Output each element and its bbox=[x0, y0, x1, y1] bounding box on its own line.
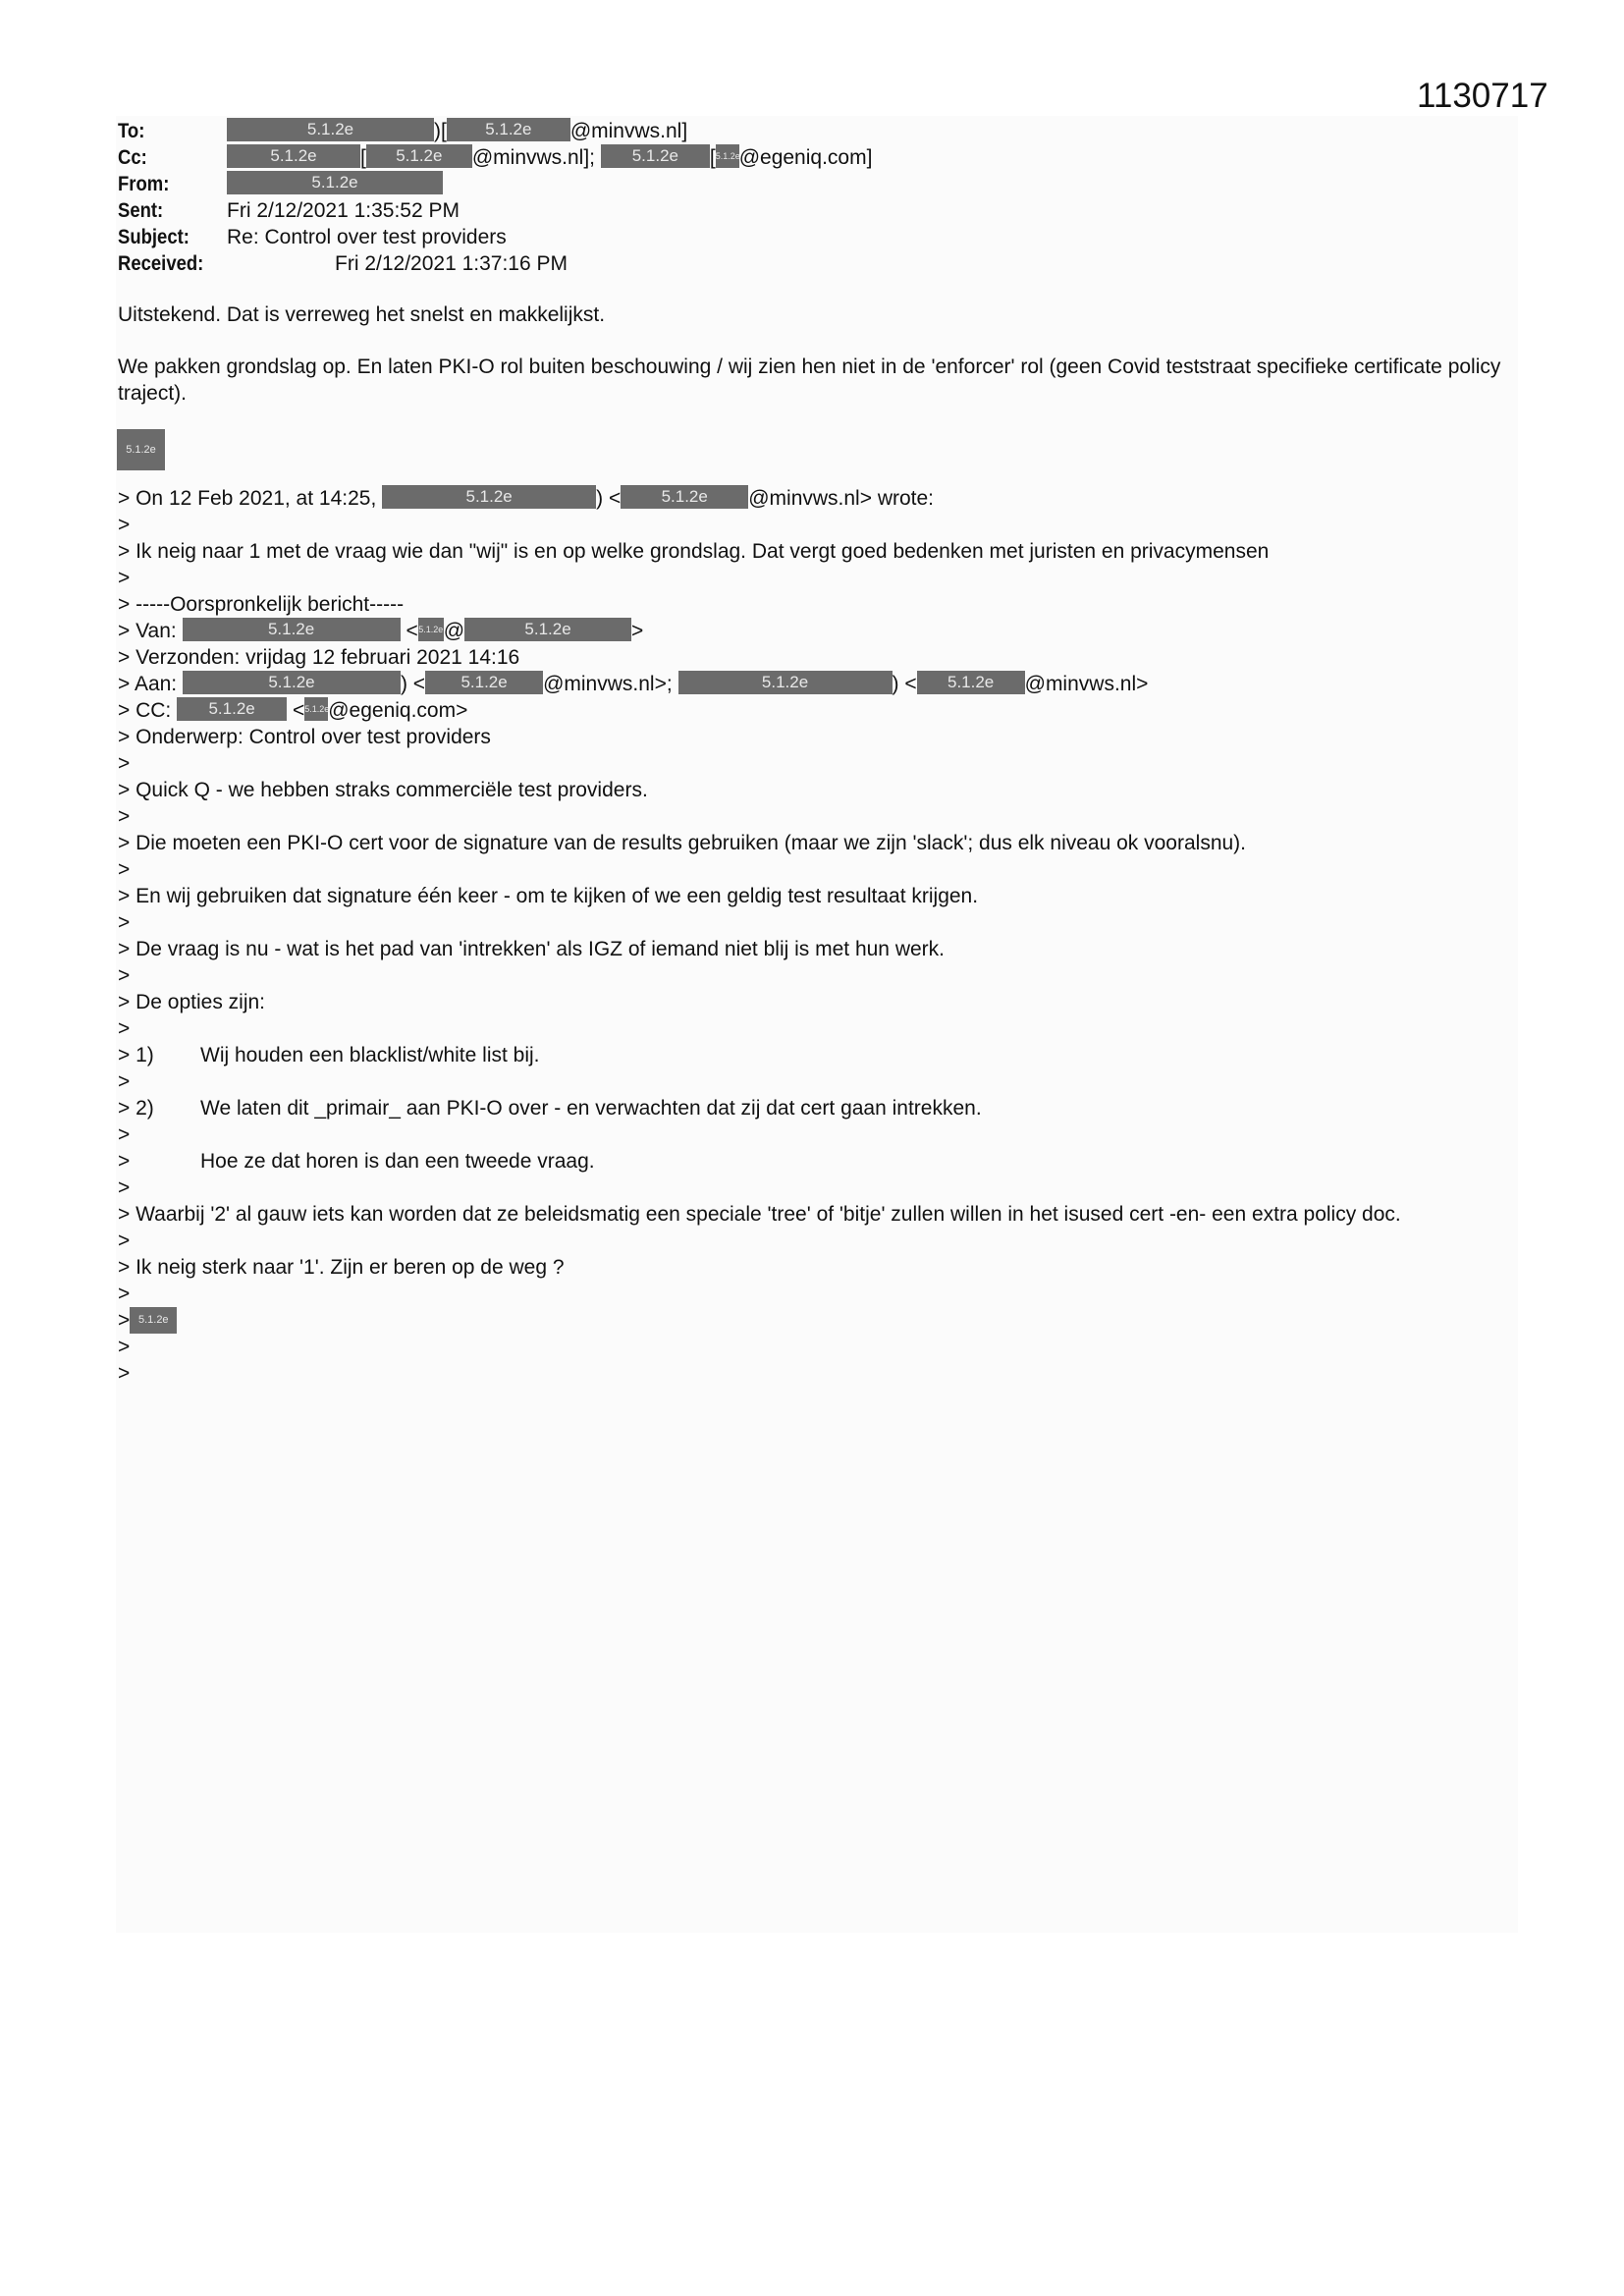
cc-domain-2: @egeniq.com] bbox=[739, 146, 873, 169]
subject-label: Subject: bbox=[118, 224, 214, 250]
orig-van: > Van: 5.1.2e <5.1.2e@5.1.2e> bbox=[118, 618, 1512, 644]
quote-line: > Ik neig sterk naar '1'. Zijn er beren … bbox=[118, 1254, 1512, 1281]
redaction: 5.1.2e bbox=[227, 171, 443, 194]
redaction: 5.1.2e bbox=[418, 618, 444, 641]
cc-domain-1: @minvws.nl]; bbox=[472, 146, 595, 169]
quote-line: > En wij gebruiken dat signature één kee… bbox=[118, 883, 1512, 909]
redaction: 5.1.2e bbox=[621, 485, 748, 509]
option-2-followup: >Hoe ze dat horen is dan een tweede vraa… bbox=[118, 1148, 1512, 1175]
redaction: 5.1.2e bbox=[130, 1307, 177, 1334]
body-paragraph-1: Uitstekend. Dat is verreweg het snelst e… bbox=[118, 301, 1512, 328]
redaction: 5.1.2e bbox=[177, 697, 287, 721]
from-label: From: bbox=[118, 171, 214, 197]
original-message-divider: > -----Oorspronkelijk bericht----- bbox=[118, 591, 1512, 618]
received-label: Received: bbox=[118, 250, 214, 277]
email-header: To: 5.1.2e)[5.1.2e@minvws.nl] Cc: 5.1.2e… bbox=[118, 118, 872, 277]
quote-line: > Quick Q - we hebben straks commerciële… bbox=[118, 777, 1512, 803]
orig-onderwerp: > Onderwerp: Control over test providers bbox=[118, 724, 1512, 750]
sent-value: Fri 2/12/2021 1:35:52 PM bbox=[227, 197, 460, 224]
redaction: 5.1.2e bbox=[366, 144, 472, 168]
quote-line: > De vraag is nu - wat is het pad van 'i… bbox=[118, 936, 1512, 962]
header-sent: Sent: Fri 2/12/2021 1:35:52 PM bbox=[118, 197, 872, 224]
redaction: 5.1.2e bbox=[678, 671, 893, 694]
redaction: 5.1.2e bbox=[304, 697, 328, 721]
redaction: 5.1.2e bbox=[425, 671, 543, 694]
quote-line: > Die moeten een PKI-O cert voor de sign… bbox=[118, 830, 1512, 856]
orig-cc: > CC: 5.1.2e <5.1.2e@egeniq.com> bbox=[118, 697, 1512, 724]
received-value: Fri 2/12/2021 1:37:16 PM bbox=[335, 250, 568, 277]
quoted-message: > On 12 Feb 2021, at 14:25, 5.1.2e) <5.1… bbox=[118, 485, 1512, 1387]
header-received: Received: Fri 2/12/2021 1:37:16 PM bbox=[118, 250, 872, 277]
signature-redaction: 5.1.2e bbox=[117, 429, 165, 470]
option-2: > 2)We laten dit _primair_ aan PKI-O ove… bbox=[118, 1095, 1512, 1121]
redaction: 5.1.2e bbox=[447, 118, 570, 141]
redaction: 5.1.2e bbox=[716, 144, 739, 168]
option-1: > 1)Wij houden een blacklist/white list … bbox=[118, 1042, 1512, 1068]
redaction: 5.1.2e bbox=[464, 618, 631, 641]
orig-aan: > Aan: 5.1.2e) <5.1.2e@minvws.nl>; 5.1.2… bbox=[118, 671, 1512, 697]
to-domain: @minvws.nl] bbox=[570, 120, 687, 142]
body-paragraph-2: We pakken grondslag op. En laten PKI-O r… bbox=[118, 354, 1512, 407]
header-subject: Subject: Re: Control over test providers bbox=[118, 224, 872, 250]
orig-verzonden: > Verzonden: vrijdag 12 februari 2021 14… bbox=[118, 644, 1512, 671]
redaction: 5.1.2e bbox=[601, 144, 710, 168]
redaction: 5.1.2e bbox=[917, 671, 1025, 694]
document-number: 1130717 bbox=[1417, 77, 1548, 116]
subject-value: Re: Control over test providers bbox=[227, 224, 507, 250]
redaction: 5.1.2e bbox=[227, 118, 434, 141]
header-to: To: 5.1.2e)[5.1.2e@minvws.nl] bbox=[118, 118, 872, 144]
header-cc: Cc: 5.1.2e[5.1.2e@minvws.nl]; 5.1.2e[5.1… bbox=[118, 144, 872, 171]
header-from: From: 5.1.2e bbox=[118, 171, 872, 197]
cc-label: Cc: bbox=[118, 144, 214, 171]
quote-line: > Ik neig naar 1 met de vraag wie dan "w… bbox=[118, 538, 1512, 565]
to-label: To: bbox=[118, 118, 214, 144]
quote-line: > De opties zijn: bbox=[118, 989, 1512, 1015]
redaction: 5.1.2e bbox=[227, 144, 360, 168]
sent-label: Sent: bbox=[118, 197, 214, 224]
redaction: 5.1.2e bbox=[382, 485, 596, 509]
redaction: 5.1.2e bbox=[183, 618, 401, 641]
redaction: 5.1.2e bbox=[183, 671, 401, 694]
quote-attribution: > On 12 Feb 2021, at 14:25, 5.1.2e) <5.1… bbox=[118, 485, 1512, 512]
quote-line: > Waarbij '2' al gauw iets kan worden da… bbox=[118, 1201, 1512, 1228]
quote-signature: >5.1.2e bbox=[118, 1307, 1512, 1334]
